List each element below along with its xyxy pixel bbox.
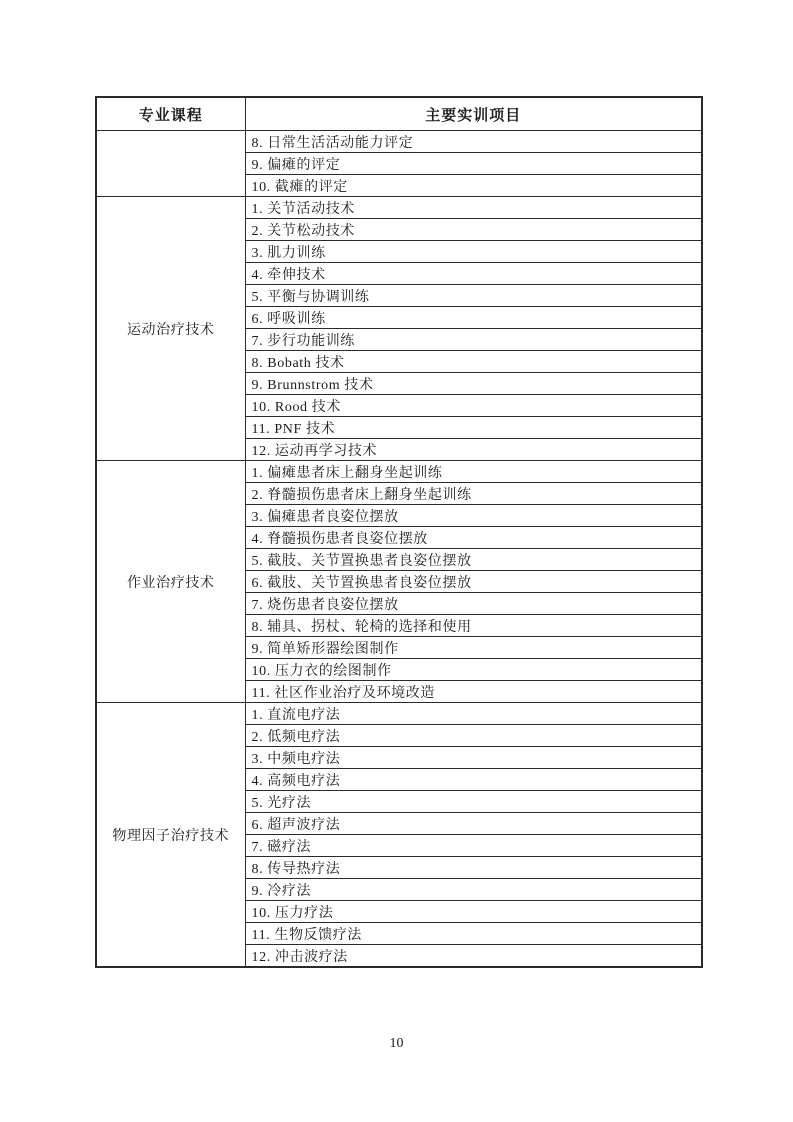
table-row: 运动治疗技术1. 关节活动技术 (96, 197, 702, 219)
training-item-cell: 2. 低频电疗法 (245, 725, 702, 747)
training-item-cell: 4. 脊髓损伤患者良姿位摆放 (245, 527, 702, 549)
training-table-body: 8. 日常生活活动能力评定9. 偏瘫的评定10. 截瘫的评定运动治疗技术1. 关… (96, 131, 702, 968)
table-row: 作业治疗技术1. 偏瘫患者床上翻身坐起训练 (96, 461, 702, 483)
training-item-cell: 10. 压力衣的绘图制作 (245, 659, 702, 681)
table-header-row: 专业课程 主要实训项目 (96, 97, 702, 131)
training-projects-table: 专业课程 主要实训项目 8. 日常生活活动能力评定9. 偏瘫的评定10. 截瘫的… (95, 96, 703, 968)
training-item-cell: 6. 超声波疗法 (245, 813, 702, 835)
training-item-cell: 2. 关节松动技术 (245, 219, 702, 241)
course-cell: 物理因子治疗技术 (96, 703, 245, 968)
training-item-cell: 1. 关节活动技术 (245, 197, 702, 219)
training-item-cell: 3. 中频电疗法 (245, 747, 702, 769)
training-item-cell: 6. 呼吸训练 (245, 307, 702, 329)
document-page: 专业课程 主要实训项目 8. 日常生活活动能力评定9. 偏瘫的评定10. 截瘫的… (0, 0, 793, 1122)
table-row: 物理因子治疗技术1. 直流电疗法 (96, 703, 702, 725)
training-item-cell: 9. 冷疗法 (245, 879, 702, 901)
training-item-cell: 12. 运动再学习技术 (245, 439, 702, 461)
training-item-cell: 4. 牵伸技术 (245, 263, 702, 285)
training-item-cell: 9. Brunnstrom 技术 (245, 373, 702, 395)
training-item-cell: 7. 烧伤患者良姿位摆放 (245, 593, 702, 615)
training-item-cell: 5. 光疗法 (245, 791, 702, 813)
training-item-cell: 8. 日常生活活动能力评定 (245, 131, 702, 153)
training-item-cell: 5. 平衡与协调训练 (245, 285, 702, 307)
column-header-course: 专业课程 (96, 97, 245, 131)
course-cell (96, 131, 245, 197)
training-item-cell: 11. 社区作业治疗及环境改造 (245, 681, 702, 703)
training-item-cell: 2. 脊髓损伤患者床上翻身坐起训练 (245, 483, 702, 505)
column-header-training-projects: 主要实训项目 (245, 97, 702, 131)
training-item-cell: 1. 直流电疗法 (245, 703, 702, 725)
training-item-cell: 9. 简单矫形器绘图制作 (245, 637, 702, 659)
training-item-cell: 9. 偏瘫的评定 (245, 153, 702, 175)
table-row: 8. 日常生活活动能力评定 (96, 131, 702, 153)
training-item-cell: 8. 传导热疗法 (245, 857, 702, 879)
training-item-cell: 7. 步行功能训练 (245, 329, 702, 351)
table-header: 专业课程 主要实训项目 (96, 97, 702, 131)
training-item-cell: 10. 截瘫的评定 (245, 175, 702, 197)
training-item-cell: 3. 肌力训练 (245, 241, 702, 263)
training-item-cell: 8. 辅具、拐杖、轮椅的选择和使用 (245, 615, 702, 637)
course-cell: 作业治疗技术 (96, 461, 245, 703)
training-item-cell: 1. 偏瘫患者床上翻身坐起训练 (245, 461, 702, 483)
training-item-cell: 10. Rood 技术 (245, 395, 702, 417)
training-item-cell: 5. 截肢、关节置换患者良姿位摆放 (245, 549, 702, 571)
training-item-cell: 7. 磁疗法 (245, 835, 702, 857)
training-item-cell: 3. 偏瘫患者良姿位摆放 (245, 505, 702, 527)
training-item-cell: 11. PNF 技术 (245, 417, 702, 439)
training-item-cell: 10. 压力疗法 (245, 901, 702, 923)
training-item-cell: 4. 高频电疗法 (245, 769, 702, 791)
training-item-cell: 8. Bobath 技术 (245, 351, 702, 373)
training-item-cell: 11. 生物反馈疗法 (245, 923, 702, 945)
training-item-cell: 6. 截肢、关节置换患者良姿位摆放 (245, 571, 702, 593)
page-number: 10 (0, 1036, 793, 1052)
training-item-cell: 12. 冲击波疗法 (245, 945, 702, 968)
course-cell: 运动治疗技术 (96, 197, 245, 461)
